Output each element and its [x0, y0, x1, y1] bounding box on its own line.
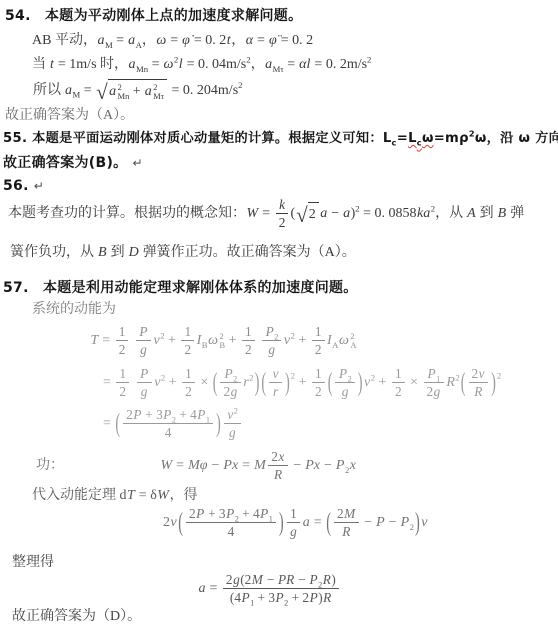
q56-conclusion-line: 簧作负功，从 B 到 D 弹簧作正功。故正确答案为（A）。 — [10, 243, 356, 263]
q55-answer-line: 故正确答案为(B)。↵ — [3, 153, 143, 173]
q57-simplified-energy-equation: = (2P + 3P2 + 4P14)v2g — [103, 407, 243, 441]
q55-paragraph: 55. 本题是平面运动刚体对质心动量矩的计算。根据定义可知：Lc=Lcω=mρ2… — [3, 129, 558, 148]
return-mark-icon: ↵ — [34, 179, 44, 193]
q57-expanded-equation: = 12 Pgv2 + 12 × (P22gr2)(vr)2 + 12(P2g)… — [103, 366, 501, 400]
q57-title: 57. 本题是利用动能定理求解刚体体系的加速度问题。 — [3, 278, 358, 298]
return-mark-icon: ↵ — [132, 156, 142, 170]
q57-simplify-label: 整理得 — [12, 553, 54, 573]
solution-document-page: 54. 本题为平动刚体上点的加速度求解问题。 AB 平动，aM = aA，ω =… — [0, 0, 558, 627]
q57-differentiated-equation: 2v(2P + 3P2 + 4P14)1ga = (2MR − P − P2)v — [163, 506, 428, 540]
q54-equation-1: AB 平动，aM = aA，ω = φ̇ = 0. 2t，α = φ̈ = 0.… — [32, 31, 313, 51]
q54-title: 54. 本题为平动刚体上点的加速度求解问题。 — [5, 6, 302, 26]
q57-kinetic-energy-equation: T = 12 Pgv2 + 12IBω2B + 12 P2gv2 + 12IAω… — [90, 324, 356, 358]
q54-answer: 故正确答案为（A）。 — [5, 106, 134, 126]
q56-number-line: 56.↵ — [3, 176, 44, 196]
q55-answer: 故正确答案为(B)。 — [3, 155, 127, 171]
q57-work-equation: W = Mφ − Px = M2xR − Px − P2x — [160, 449, 357, 483]
q57-acceleration-result-equation: a = 2g(2M − PR − P2R)(4P1 + 3P2 + 2P)R — [198, 572, 341, 606]
q57-work-label: 功： — [36, 456, 64, 476]
q57-theorem-line: 代入动能定理 dT = δW，得 — [32, 486, 197, 506]
q57-answer: 故正确答案为（D）。 — [12, 607, 141, 627]
q57-intro: 系统的动能为 — [32, 300, 116, 320]
q54-equation-2: 当 t = 1m/s 时，aMn = ω2l = 0. 04m/s2，aMτ =… — [32, 55, 371, 75]
q56-work-line: 本题考查功的计算。根据功的概念知：W = k2(√2a − a)2 = 0. 0… — [8, 197, 524, 231]
q54-equation-3: 所以 aM = √a2Mn + a2Mτ = 0. 204m/s2 — [33, 79, 242, 102]
q56-number: 56. — [3, 178, 29, 194]
